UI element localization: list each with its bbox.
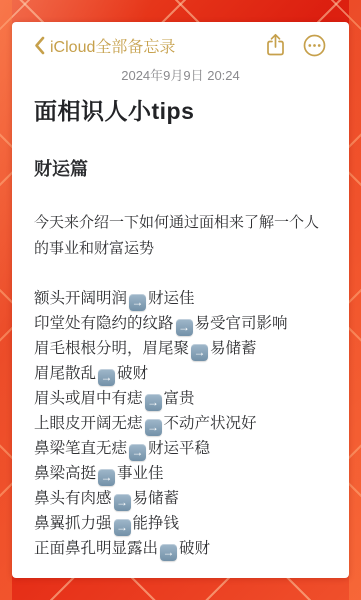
right-arrow-emoji: → [98,369,115,386]
arrow-glyph: → [116,520,128,534]
screenshot-root: iCloud全部备忘录 [0,0,361,600]
arrow-glyph: → [116,495,128,509]
tip-line[interactable]: 印堂处有隐约的纹路→易受官司影响 [34,311,327,336]
arrow-glyph: → [101,370,113,384]
arrow-glyph: → [147,420,159,434]
tip-condition: 鼻梁高挺 [34,465,96,482]
tip-result: 能挣钱 [133,515,180,532]
tip-line[interactable]: 鼻梁高挺→事业佳 [34,461,327,486]
back-button[interactable]: iCloud全部备忘录 [34,34,175,57]
right-arrow-emoji: → [129,294,146,311]
tip-condition: 眉尾散乱 [34,365,96,382]
tip-result: 易受官司影响 [195,315,288,332]
right-arrow-emoji: → [191,344,208,361]
arrow-glyph: → [194,345,206,359]
note-card: iCloud全部备忘录 [12,22,349,578]
tip-line[interactable]: 正面鼻孔明显露出→破财 [34,536,327,561]
tip-result: 财运佳 [148,290,195,307]
right-arrow-emoji: → [160,544,177,561]
right-arrow-emoji: → [98,469,115,486]
tip-line[interactable]: 眉毛根根分明，眉尾聚→易储蓄 [34,336,327,361]
tip-result: 破财 [117,365,148,382]
tip-condition: 上眼皮开阔无痣 [34,415,143,432]
arrow-glyph: → [132,445,144,459]
back-button-label: iCloud全部备忘录 [50,34,175,57]
tip-condition: 眉头或眉中有痣 [34,390,143,407]
tip-line[interactable]: 额头开阔明润→财运佳 [34,286,327,311]
arrow-glyph: → [178,320,190,334]
more-options-icon[interactable] [302,33,327,58]
right-arrow-emoji: → [114,519,131,536]
tip-condition: 眉毛根根分明，眉尾聚 [34,340,189,357]
arrow-glyph: → [163,545,175,559]
arrow-glyph: → [132,295,144,309]
tip-condition: 正面鼻孔明显露出 [34,540,158,557]
tip-condition: 印堂处有隐约的纹路 [34,315,174,332]
tip-result: 易储蓄 [210,340,257,357]
tip-line[interactable]: 眉尾散乱→破财 [34,361,327,386]
tip-line[interactable]: 鼻梁笔直无痣→财运平稳 [34,436,327,461]
arrow-glyph: → [147,395,159,409]
tip-condition: 额头开阔明润 [34,290,127,307]
tip-result: 不动产状况好 [164,415,257,432]
tip-line[interactable]: 鼻翼抓力强→能挣钱 [34,511,327,536]
navbar-actions [265,32,327,58]
tip-result: 富贵 [164,390,195,407]
right-arrow-emoji: → [145,419,162,436]
intro-paragraph[interactable]: 今天来介绍一下如何通过面相来了解一个人的事业和财富运势 [34,210,327,262]
tip-line[interactable]: 眉头或眉中有痣→富贵 [34,386,327,411]
tip-result: 破财 [179,540,210,557]
tip-condition: 鼻梁笔直无痣 [34,440,127,457]
tip-condition: 鼻头有肉感 [34,490,112,507]
notes-navbar: iCloud全部备忘录 [34,32,327,58]
right-arrow-emoji: → [114,494,131,511]
right-arrow-emoji: → [145,394,162,411]
note-date: 2024年9月9日 20:24 [34,65,327,84]
tip-condition: 鼻翼抓力强 [34,515,112,532]
arrow-glyph: → [101,470,113,484]
share-icon[interactable] [265,32,286,58]
tip-result: 事业佳 [117,465,164,482]
tip-line[interactable]: 鼻头有肉感→易储蓄 [34,486,327,511]
tips-list: 额头开阔明润→财运佳 印堂处有隐约的纹路→易受官司影响 眉毛根根分明，眉尾聚→易… [34,286,327,561]
section-heading[interactable]: 财运篇 [34,155,327,181]
right-arrow-emoji: → [129,444,146,461]
note-title[interactable]: 面相识人小tips [34,93,327,126]
tip-result: 财运平稳 [148,440,210,457]
chevron-left-icon [34,36,45,55]
tip-result: 易储蓄 [133,490,180,507]
right-arrow-emoji: → [176,319,193,336]
tip-line[interactable]: 上眼皮开阔无痣→不动产状况好 [34,411,327,436]
